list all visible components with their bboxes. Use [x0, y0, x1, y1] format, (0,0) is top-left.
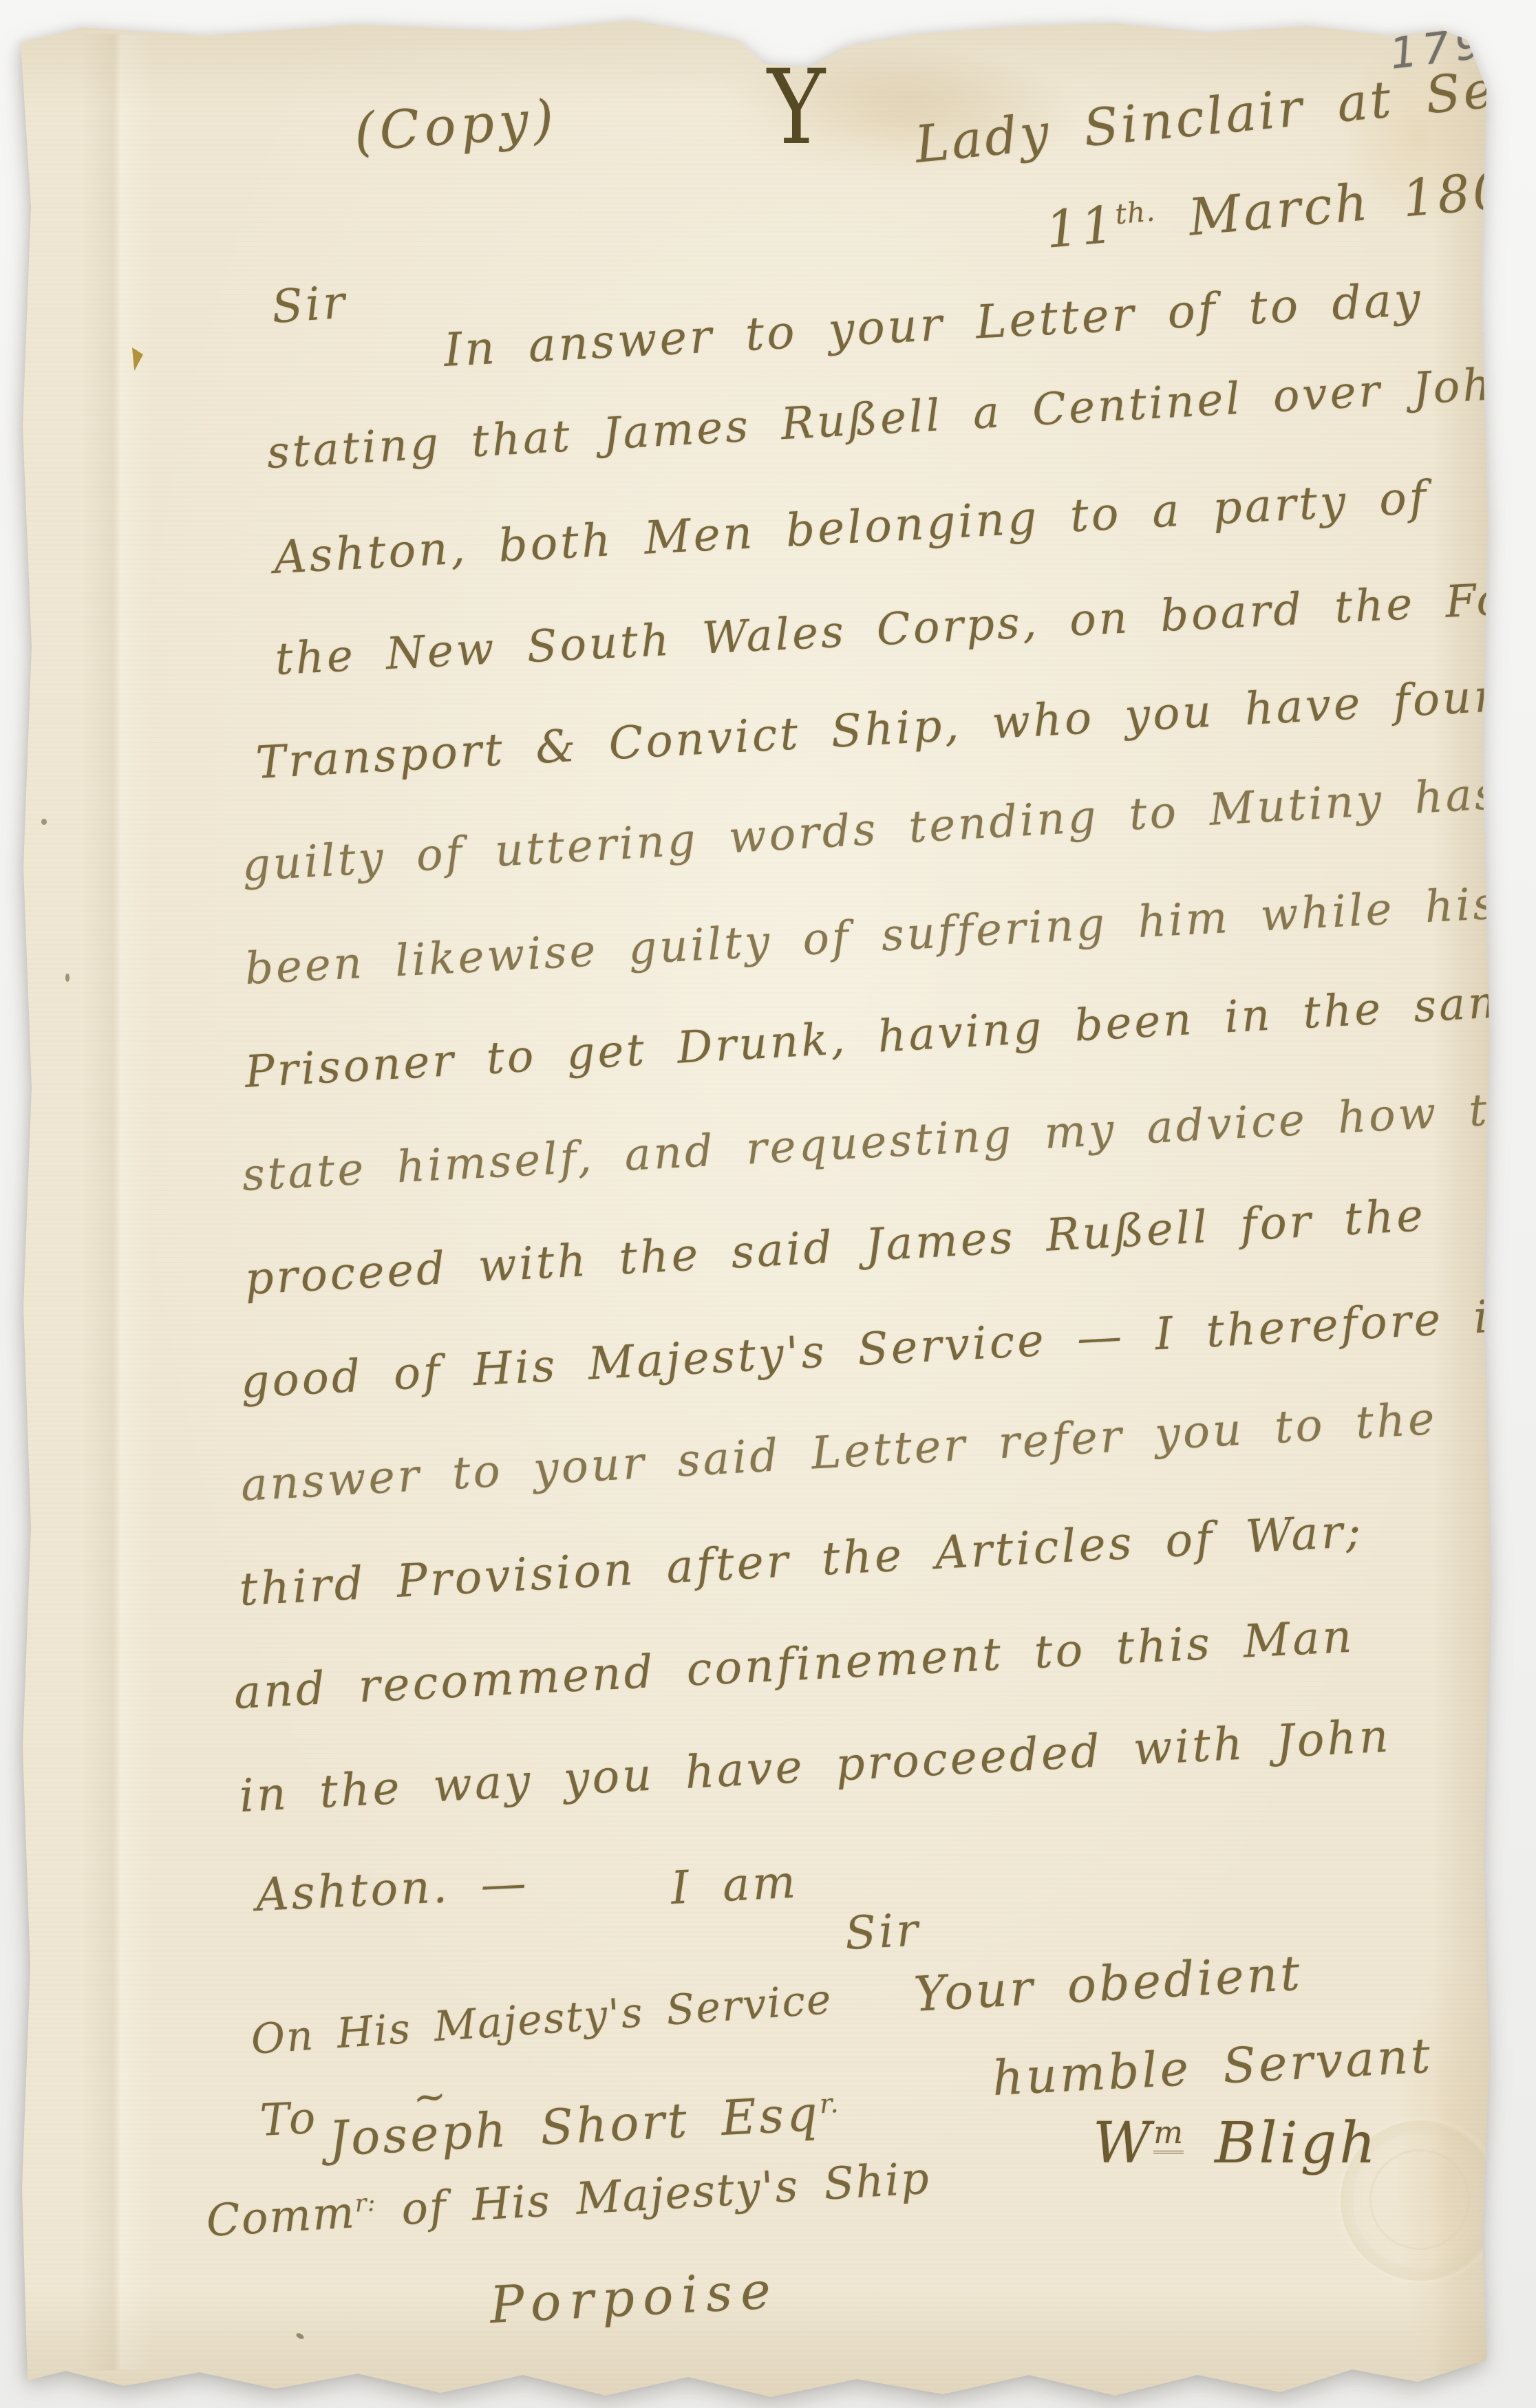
ink-speck [41, 819, 47, 825]
letter-line: proceed with the said James Rußell for t… [244, 1190, 1427, 1305]
letter-line: good of His Majesty's Service — I theref… [239, 1289, 1524, 1408]
letter-line: guilty of uttering words tending to Muti… [241, 768, 1502, 892]
place-line: Lady Sinclair at Sea [913, 56, 1532, 174]
address-command-superscript: r: [354, 2189, 377, 2218]
letter-line: Transport & Convict Ship, who you have f… [255, 668, 1536, 789]
signature-first: W [1093, 2111, 1153, 2176]
address-command-pre: Comm [205, 2187, 357, 2247]
date-line: 11th. March 1806 [1043, 158, 1536, 260]
letter-line: third Provision after the Articles of Wa… [238, 1504, 1365, 1615]
service-line: On His Majesty's Service [250, 1975, 834, 2064]
line-i-am: I am [670, 1855, 800, 1915]
letter-line: Prisoner to get Drunk, having been in th… [244, 975, 1536, 1098]
letter-line: state himself, and requesting my advice … [241, 1084, 1520, 1201]
index-letter: Y [767, 48, 825, 168]
closing-sir: Sir [844, 1903, 922, 1960]
letter-line: answer to your said Letter refer you to … [239, 1393, 1438, 1512]
salutation: Sir [270, 275, 349, 333]
address-command: Commr: of His Majesty's Ship [205, 2153, 932, 2247]
date-day: 11 [1043, 195, 1118, 260]
letter-line: been likewise guilty of suffering him wh… [244, 879, 1500, 995]
letter-line: in the way you have proceeded with John [238, 1709, 1392, 1823]
signature: WmBligh [1093, 2111, 1378, 2176]
ink-speck [65, 974, 70, 982]
paper-crease [81, 34, 153, 2370]
date-rest: March 1806 [1153, 158, 1536, 250]
letter-page: 179 Y (Copy) Lady Sinclair at Sea 11th. … [0, 0, 1536, 2408]
address-to: To [259, 2093, 319, 2147]
scan-background: 179 Y (Copy) Lady Sinclair at Sea 11th. … [0, 0, 1536, 2408]
letter-line: Ashton. — [255, 1856, 530, 1922]
closing-obedient: Your obedient [913, 1945, 1304, 2023]
address-name-superscript: r. [819, 2088, 840, 2120]
date-superscript: th. [1113, 194, 1156, 230]
address-command-rest: of His Majesty's Ship [375, 2153, 932, 2237]
signature-superscript: m [1153, 2114, 1184, 2153]
address-name-text: Joseph Short Esq [328, 2085, 822, 2167]
ship-name: Porpoise [489, 2261, 780, 2335]
embossed-seal-inner-ring [1369, 2149, 1470, 2250]
letter-page-wrap: 179 Y (Copy) Lady Sinclair at Sea 11th. … [0, 0, 1536, 2408]
signature-last: Bligh [1215, 2111, 1378, 2176]
letter-line: and recommend confinement to this Man [233, 1610, 1356, 1719]
letter-line: the New South Wales Corps, on board the … [274, 568, 1536, 685]
letter-line: In answer to your Letter of to day [442, 272, 1425, 376]
ink-speck [295, 2332, 305, 2340]
address-name: Joseph Short Esqr. [328, 2084, 841, 2167]
letter-line: Ashton, both Men belonging to a party of [273, 471, 1430, 584]
copy-label: (Copy) [352, 87, 560, 162]
closing-humble: humble Servant [991, 2028, 1434, 2107]
ink-speck [132, 347, 143, 371]
